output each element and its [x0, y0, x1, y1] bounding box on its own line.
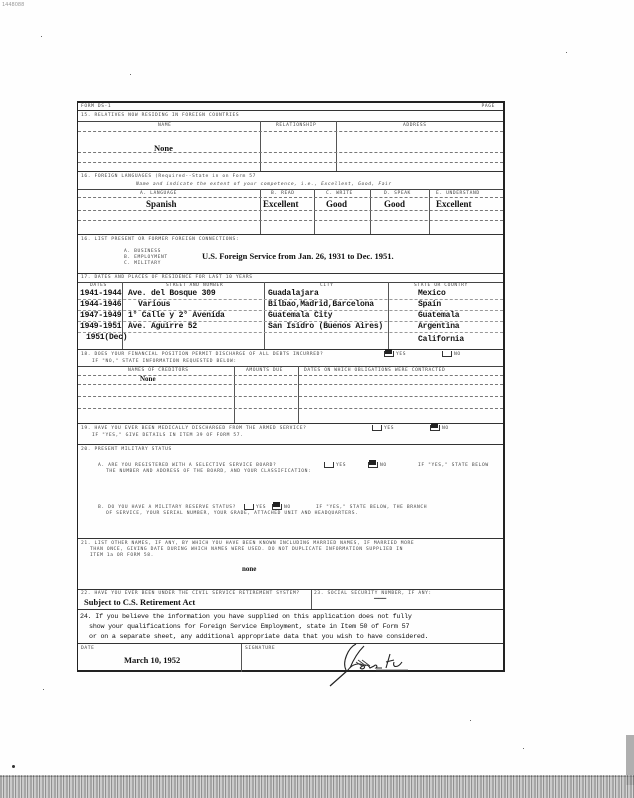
reserve-no-checkbox[interactable]: NO — [272, 504, 291, 510]
checkbox-empty-icon — [442, 351, 452, 357]
country-value: Argentina — [418, 322, 459, 331]
selective-service-no-checkbox[interactable]: NO — [368, 462, 387, 468]
foreign-connections-value: U.S. Foreign Service from Jan. 26, 1931 … — [202, 251, 394, 261]
debts-no-checkbox[interactable]: NO — [442, 351, 461, 357]
language-value: Spanish — [146, 199, 177, 209]
street-value: Ave. del Bosque 309 — [128, 289, 215, 298]
yes-label: YES — [256, 505, 266, 510]
no-label: NO — [380, 463, 387, 468]
section-subtitle: IF "NO," STATE INFORMATION REQUESTED BEL… — [92, 359, 237, 364]
city-value: San Isidro (Buenos Aires) — [268, 322, 383, 331]
medical-yes-checkbox[interactable]: YES — [372, 425, 394, 431]
street-value: Ave. Aguirre 52 — [128, 322, 197, 331]
checkbox-empty-icon — [372, 425, 382, 431]
section-additional-info: 24. If you believe the information you h… — [78, 610, 503, 644]
yes-label: YES — [396, 352, 406, 357]
understand-value: Excellent — [436, 199, 472, 209]
other-names-line-1: 21. LIST OTHER NAMES, IF ANY, BY WHICH Y… — [81, 541, 414, 546]
scan-speck — [12, 765, 15, 768]
page-tag: 1448088 — [2, 2, 24, 8]
checkbox-checked-icon — [384, 351, 394, 357]
section-title: 20. PRESENT MILITARY STATUS — [81, 447, 172, 452]
dates-value: 1949-1951 — [80, 322, 121, 331]
column-header-write: C. WRITE — [326, 191, 353, 196]
section-instruction: Name and indicate the extent of your com… — [136, 182, 392, 187]
other-names-line-2: THAN ONCE, GIVING DATE DURING WHICH NAME… — [90, 547, 403, 552]
street-value: 1° Calle y 2° Avenida — [128, 311, 225, 320]
no-label: NO — [454, 352, 461, 357]
section-military-status: 20. PRESENT MILITARY STATUS A. ARE YOU R… — [78, 445, 503, 539]
sub-label-military: C. MILITARY — [124, 261, 161, 266]
section-title: 18. DOES YOUR FINANCIAL POSITION PERMIT … — [81, 352, 323, 357]
dates-value: 1947-1949 — [80, 311, 121, 320]
scan-speck — [470, 720, 471, 721]
no-label: NO — [442, 426, 449, 431]
sub-label-business: A. BUSINESS — [124, 249, 161, 254]
street-value: Various — [138, 300, 170, 309]
reserve-status-question: B. DO YOU HAVE A MILITARY RESERVE STATUS… — [98, 505, 236, 510]
yes-label: YES — [336, 463, 346, 468]
dates-value: 1951(Dec) — [86, 333, 127, 342]
section-subtitle: IF "YES," GIVE DETAILS IN ITEM 39 OF FOR… — [92, 433, 243, 438]
selective-service-subtext: THE NUMBER AND ADDRESS OF THE BOARD, AND… — [106, 469, 311, 474]
ssn-label: 23. SOCIAL SECURITY NUMBER, IF ANY: — [314, 591, 432, 596]
section-title: 19. HAVE YOU EVER BEEN MEDICALLY DISCHAR… — [81, 426, 307, 431]
column-header-read: B. READ — [271, 191, 295, 196]
signature-label: SIGNATURE — [245, 646, 275, 651]
retirement-question: 22. HAVE YOU EVER BEEN UNDER THE CIVIL S… — [81, 591, 300, 596]
column-header-language: A. LANGUAGE — [140, 191, 177, 196]
application-form: FORM DS-1 PAGE 15. RELATIVES NOW RESIDIN… — [77, 101, 505, 672]
section-residences: 17. DATES AND PLACES OF RESIDENCE FOR LA… — [78, 274, 503, 350]
scan-speck — [130, 74, 131, 75]
scan-speck — [43, 689, 44, 690]
checkbox-checked-icon — [272, 504, 282, 510]
medical-no-checkbox[interactable]: NO — [430, 425, 449, 431]
no-label: NO — [284, 505, 291, 510]
yes-label: YES — [384, 426, 394, 431]
signature-image — [290, 640, 410, 690]
additional-info-line-1: 24. If you believe the information you h… — [80, 613, 412, 621]
creditor-value: None — [140, 375, 156, 383]
country-value: Guatemala — [418, 311, 459, 320]
form-header-label: FORM DS-1 — [81, 104, 111, 109]
country-value: Mexico — [418, 289, 446, 298]
additional-info-line-2: show your qualifications for Foreign Ser… — [89, 623, 409, 631]
column-header-street: STREET AND NUMBER — [166, 283, 223, 288]
selective-service-question: A. ARE YOU REGISTERED WITH A SELECTIVE S… — [98, 463, 276, 468]
scan-speck — [523, 748, 524, 749]
section-title: 16. FOREIGN LANGUAGES (Required--State i… — [81, 174, 256, 179]
date-label: DATE — [81, 646, 94, 651]
city-value: Guadalajara — [268, 289, 319, 298]
scan-edge-band — [0, 775, 634, 798]
reserve-yes-checkbox[interactable]: YES — [244, 504, 266, 510]
column-header-speak: D. SPEAK — [384, 191, 411, 196]
column-header-amounts: AMOUNTS DUE — [246, 368, 283, 373]
column-header-obligation-dates: DATES ON WHICH OBLIGATIONS WERE CONTRACT… — [304, 368, 445, 373]
column-header-name: NAME — [158, 123, 171, 128]
dates-value: 1944-1946 — [80, 300, 121, 309]
checkbox-empty-icon — [324, 462, 334, 468]
section-relatives-abroad: 15. RELATIVES NOW RESIDING IN FOREIGN CO… — [78, 111, 503, 172]
dates-value: 1941-1944 — [80, 289, 121, 298]
reserve-status-tail: IF "YES," STATE BELOW, THE BRANCH — [316, 505, 427, 510]
scan-speck — [41, 36, 42, 37]
reserve-status-subtext: OF SERVICE, YOUR SERIAL NUMBER, YOUR GRA… — [106, 511, 358, 516]
section-title: 16. LIST PRESENT OR FORMER FOREIGN CONNE… — [81, 237, 239, 242]
section-title: 17. DATES AND PLACES OF RESIDENCE FOR LA… — [81, 275, 253, 280]
sub-label-employment: B. EMPLOYMENT — [124, 255, 168, 260]
form-header: FORM DS-1 PAGE — [78, 103, 503, 111]
selective-service-yes-checkbox[interactable]: YES — [324, 462, 346, 468]
other-names-value: none — [242, 565, 256, 573]
debts-yes-checkbox[interactable]: YES — [384, 351, 406, 357]
section-other-names: 21. LIST OTHER NAMES, IF ANY, BY WHICH Y… — [78, 539, 503, 590]
section-financial-position: 18. DOES YOUR FINANCIAL POSITION PERMIT … — [78, 350, 503, 424]
read-value: Excellent — [263, 199, 299, 209]
column-header-creditors: NAMES OF CREDITORS — [128, 368, 189, 373]
checkbox-checked-icon — [368, 462, 378, 468]
country-value: California — [418, 335, 464, 344]
date-value: March 10, 1952 — [124, 655, 180, 665]
ssn-value: ——— — [374, 595, 386, 603]
checkbox-checked-icon — [430, 425, 440, 431]
column-header-address: ADDRESS — [403, 123, 427, 128]
other-names-line-3: ITEM 1a OR FORM 58. — [90, 553, 154, 558]
section-retirement-ssn: 22. HAVE YOU EVER BEEN UNDER THE CIVIL S… — [78, 590, 503, 610]
column-header-city: CITY — [320, 283, 333, 288]
section-foreign-connections: 16. LIST PRESENT OR FORMER FOREIGN CONNE… — [78, 235, 503, 274]
section-foreign-languages: 16. FOREIGN LANGUAGES (Required--State i… — [78, 172, 503, 235]
column-header-relationship: RELATIONSHIP — [276, 123, 316, 128]
section-medical-discharge: 19. HAVE YOU EVER BEEN MEDICALLY DISCHAR… — [78, 424, 503, 445]
section-title: 15. RELATIVES NOW RESIDING IN FOREIGN CO… — [81, 113, 239, 118]
page-label: PAGE — [482, 104, 495, 109]
city-value: Bilbao,Madrid,Barcelona — [268, 300, 374, 309]
write-value: Good — [326, 199, 347, 209]
city-value: Guatemala City — [268, 311, 332, 320]
column-header-country: STATE OR COUNTRY — [414, 283, 468, 288]
retirement-value: Subject to C.S. Retirement Act — [84, 597, 195, 607]
country-value: Spain — [418, 300, 441, 309]
column-header-understand: E. UNDERSTAND — [436, 191, 480, 196]
checkbox-empty-icon — [244, 504, 254, 510]
speak-value: Good — [384, 199, 405, 209]
column-header-dates: DATES — [90, 283, 107, 288]
selective-service-tail: IF "YES," STATE BELOW — [418, 463, 489, 468]
scan-speck — [566, 52, 567, 53]
